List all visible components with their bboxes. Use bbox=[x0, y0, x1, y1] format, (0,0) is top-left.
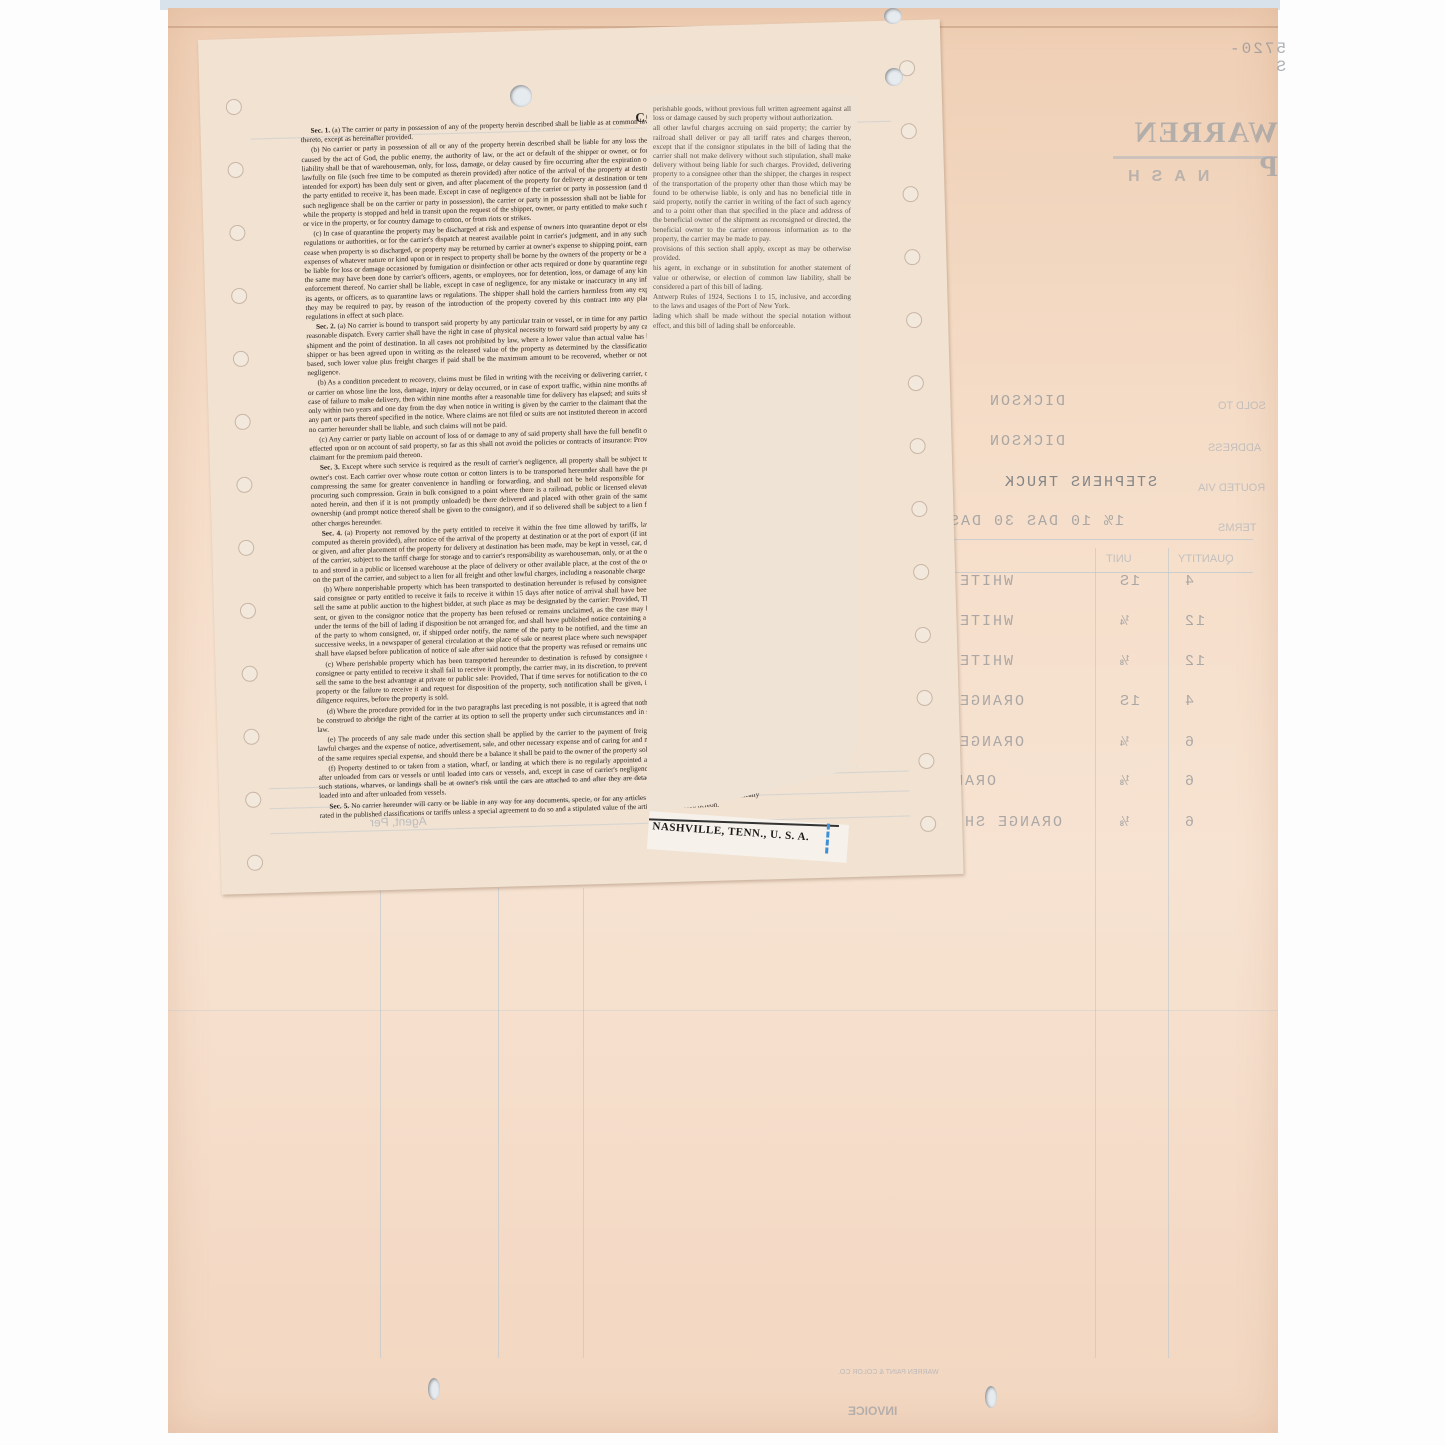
perforation bbox=[236, 477, 252, 493]
column-divider bbox=[1095, 548, 1096, 1358]
perforation bbox=[233, 351, 249, 367]
row-quantity: 6 bbox=[1183, 734, 1194, 751]
column-unit: UNIT bbox=[1106, 553, 1132, 565]
invoice-label: INVOICE bbox=[848, 1404, 897, 1418]
row-description: WHITE bbox=[958, 653, 1013, 670]
perforation bbox=[902, 186, 918, 202]
perforation bbox=[918, 753, 934, 769]
row-description: WHITE bbox=[958, 613, 1013, 630]
row-unit: ¼ bbox=[1118, 734, 1129, 751]
continuation-terms: perishable goods, without previous full … bbox=[653, 105, 851, 332]
continuation-paragraph: perishable goods, without previous full … bbox=[653, 105, 851, 123]
continuation-paragraph: provisions of this section shall apply, … bbox=[653, 245, 851, 263]
column-divider bbox=[380, 888, 381, 1358]
perforation bbox=[241, 666, 257, 682]
column-divider bbox=[498, 888, 499, 1358]
row-unit: 1S bbox=[1118, 573, 1140, 590]
terms-label: TERMS bbox=[1218, 522, 1257, 534]
perforation bbox=[227, 162, 243, 178]
row-description: ORANGE bbox=[958, 693, 1024, 710]
perforation bbox=[911, 501, 927, 517]
table-top-rule bbox=[953, 539, 1253, 540]
punch-hole bbox=[428, 1378, 440, 1400]
row-quantity: 4 bbox=[1183, 573, 1194, 590]
perforation bbox=[909, 438, 925, 454]
row-description: ORANGE bbox=[958, 734, 1024, 751]
column-divider bbox=[1168, 548, 1169, 1358]
footer-fine-print: WARREN PAINT & COLOR CO. bbox=[368, 1369, 1408, 1376]
fold-crease bbox=[168, 1010, 1278, 1011]
perforation bbox=[906, 312, 922, 328]
row-unit: 1S bbox=[1118, 693, 1140, 710]
address-value: DICKSON bbox=[988, 433, 1065, 450]
perforation bbox=[243, 729, 259, 745]
terms-value: 1% 10 DAS 30 DAS bbox=[948, 513, 1124, 530]
perforation bbox=[231, 288, 247, 304]
routed-via-label: ROUTED VIA bbox=[1198, 482, 1265, 494]
perforation bbox=[247, 855, 263, 871]
punch-hole bbox=[510, 85, 532, 107]
row-quantity: 6 bbox=[1183, 814, 1194, 831]
column-quantity: QUANTITY bbox=[1178, 553, 1234, 565]
perforation bbox=[916, 690, 932, 706]
routed-via-value: STEPHENS TRUCK bbox=[1003, 474, 1157, 491]
row-unit: ⅛ bbox=[1118, 773, 1129, 790]
agent-per-label: Agent, Per bbox=[370, 814, 427, 830]
perforation bbox=[904, 249, 920, 265]
continuation-paragraph: lading which shall be made without the s… bbox=[653, 312, 851, 330]
blue-ink-mark bbox=[825, 823, 848, 854]
perforation bbox=[238, 540, 254, 556]
continuation-paragraph: Antwerp Rules of 1924, Sections 1 to 15,… bbox=[653, 293, 851, 311]
letterhead-rule bbox=[1113, 156, 1273, 159]
sold-to-label: SOLD TO bbox=[1218, 400, 1266, 412]
perforation bbox=[226, 99, 242, 115]
row-quantity: 6 bbox=[1183, 773, 1194, 790]
row-quantity: 4 bbox=[1183, 693, 1194, 710]
row-unit: ⅛ bbox=[1118, 653, 1129, 670]
column-divider bbox=[583, 888, 584, 1358]
address-label: ADDRESS bbox=[1208, 442, 1261, 454]
perforation bbox=[913, 564, 929, 580]
row-quantity: 12 bbox=[1183, 613, 1205, 630]
perforation bbox=[245, 792, 261, 808]
company-city: NASH bbox=[1116, 168, 1209, 186]
perforation bbox=[908, 375, 924, 391]
perforation bbox=[229, 225, 245, 241]
perforation bbox=[915, 627, 931, 643]
punch-hole bbox=[884, 8, 902, 24]
perforation bbox=[920, 816, 936, 832]
punch-hole bbox=[985, 1386, 997, 1408]
sold-to-value: DICKSON bbox=[988, 393, 1065, 410]
continuation-paragraph: his agent, in exchange or in substitutio… bbox=[653, 264, 851, 292]
perforation bbox=[240, 603, 256, 619]
torn-continuation-strip: perishable goods, without previous full … bbox=[647, 95, 857, 850]
perforation bbox=[234, 414, 250, 430]
row-quantity: 12 bbox=[1183, 653, 1205, 670]
punch-hole bbox=[885, 68, 903, 86]
row-unit: ¼ bbox=[1118, 613, 1129, 630]
row-description: WHITE bbox=[958, 573, 1013, 590]
perforation bbox=[901, 123, 917, 139]
form-number: 5720-S bbox=[1228, 40, 1286, 76]
row-unit: ⅛ bbox=[1118, 814, 1129, 831]
continuation-paragraph: all other lawful charges accruing on sai… bbox=[653, 124, 851, 244]
